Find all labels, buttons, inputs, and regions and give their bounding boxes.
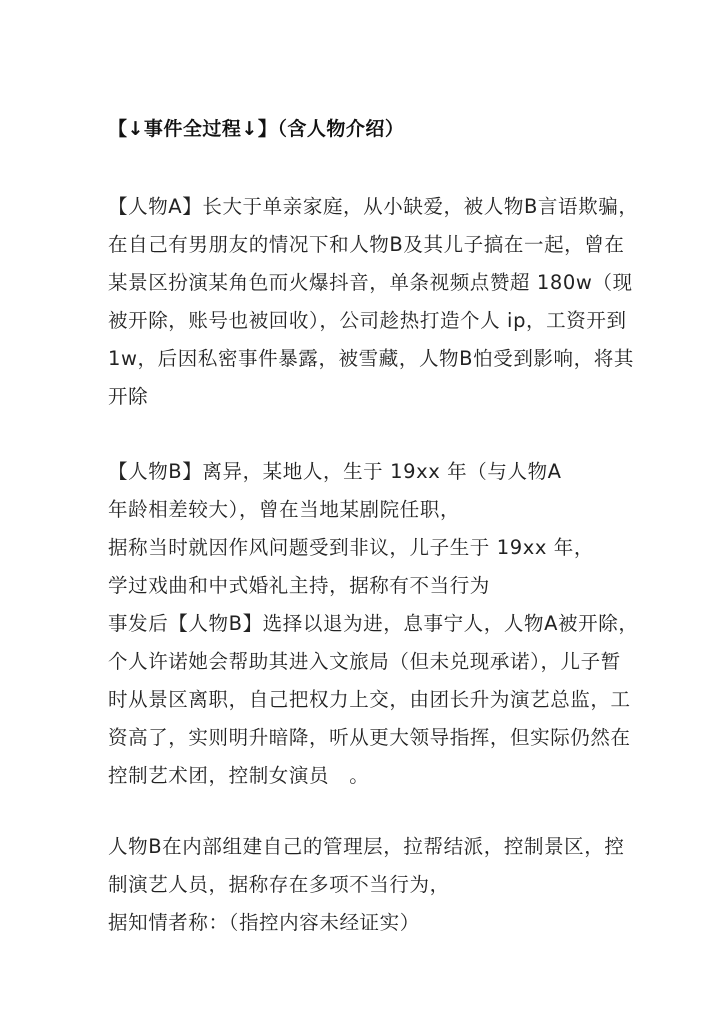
paragraph-person-b: 【人物B】离异，某地人，生于 19xx 年（与人物A 年龄相差较大），曾在当地某… bbox=[108, 453, 628, 605]
text-line: 据知情者称：（指控内容未经证实） bbox=[108, 904, 628, 942]
text-line: 控制艺术团，控制女演员 。 bbox=[108, 757, 628, 795]
text-line: 制演艺人员，据称存在多项不当行为， bbox=[108, 866, 628, 904]
text-line: 1w，后因私密事件暴露，被雪藏，人物B怕受到影响，将其 bbox=[108, 340, 628, 378]
text-line: 【人物A】长大于单亲家庭，从小缺爱，被人物B言语欺骗， bbox=[108, 188, 628, 226]
text-line: 某景区扮演某角色而火爆抖音，单条视频点赞超 180w（现 bbox=[108, 264, 628, 302]
paragraph-allegations: 人物B在内部组建自己的管理层，拉帮结派，控制景区，控 制演艺人员，据称存在多项不… bbox=[108, 828, 628, 942]
text-line: 被开除，账号也被回收），公司趁热打造个人 ip，工资开到 bbox=[108, 302, 628, 340]
paragraph-person-a: 【人物A】长大于单亲家庭，从小缺爱，被人物B言语欺骗， 在自己有男朋友的情况下和… bbox=[108, 188, 628, 416]
text-line: 事发后【人物B】选择以退为进，息事宁人，人物A被开除， bbox=[108, 605, 628, 643]
text-line: 学过戏曲和中式婚礼主持，据称有不当行为 bbox=[108, 567, 628, 605]
text-line: 开除 bbox=[108, 378, 628, 416]
text-line: 【人物B】离异，某地人，生于 19xx 年（与人物A bbox=[108, 453, 628, 491]
paragraph-aftermath: 事发后【人物B】选择以退为进，息事宁人，人物A被开除， 个人许诺她会帮助其进入文… bbox=[108, 605, 628, 795]
text-line: 据称当时就因作风问题受到非议，儿子生于 19xx 年， bbox=[108, 529, 628, 567]
text-line: 在自己有男朋友的情况下和人物B及其儿子搞在一起，曾在 bbox=[108, 226, 628, 264]
text-line: 资高了，实则明升暗降，听从更大领导指挥，但实际仍然在 bbox=[108, 719, 628, 757]
document-heading: 【↓事件全过程↓】（含人物介绍） bbox=[108, 114, 404, 141]
text-line: 人物B在内部组建自己的管理层，拉帮结派，控制景区，控 bbox=[108, 828, 628, 866]
text-line: 个人许诺她会帮助其进入文旅局（但未兑现承诺），儿子暂 bbox=[108, 643, 628, 681]
text-line: 时从景区离职，自己把权力上交，由团长升为演艺总监，工 bbox=[108, 681, 628, 719]
text-line: 年龄相差较大），曾在当地某剧院任职， bbox=[108, 491, 628, 529]
